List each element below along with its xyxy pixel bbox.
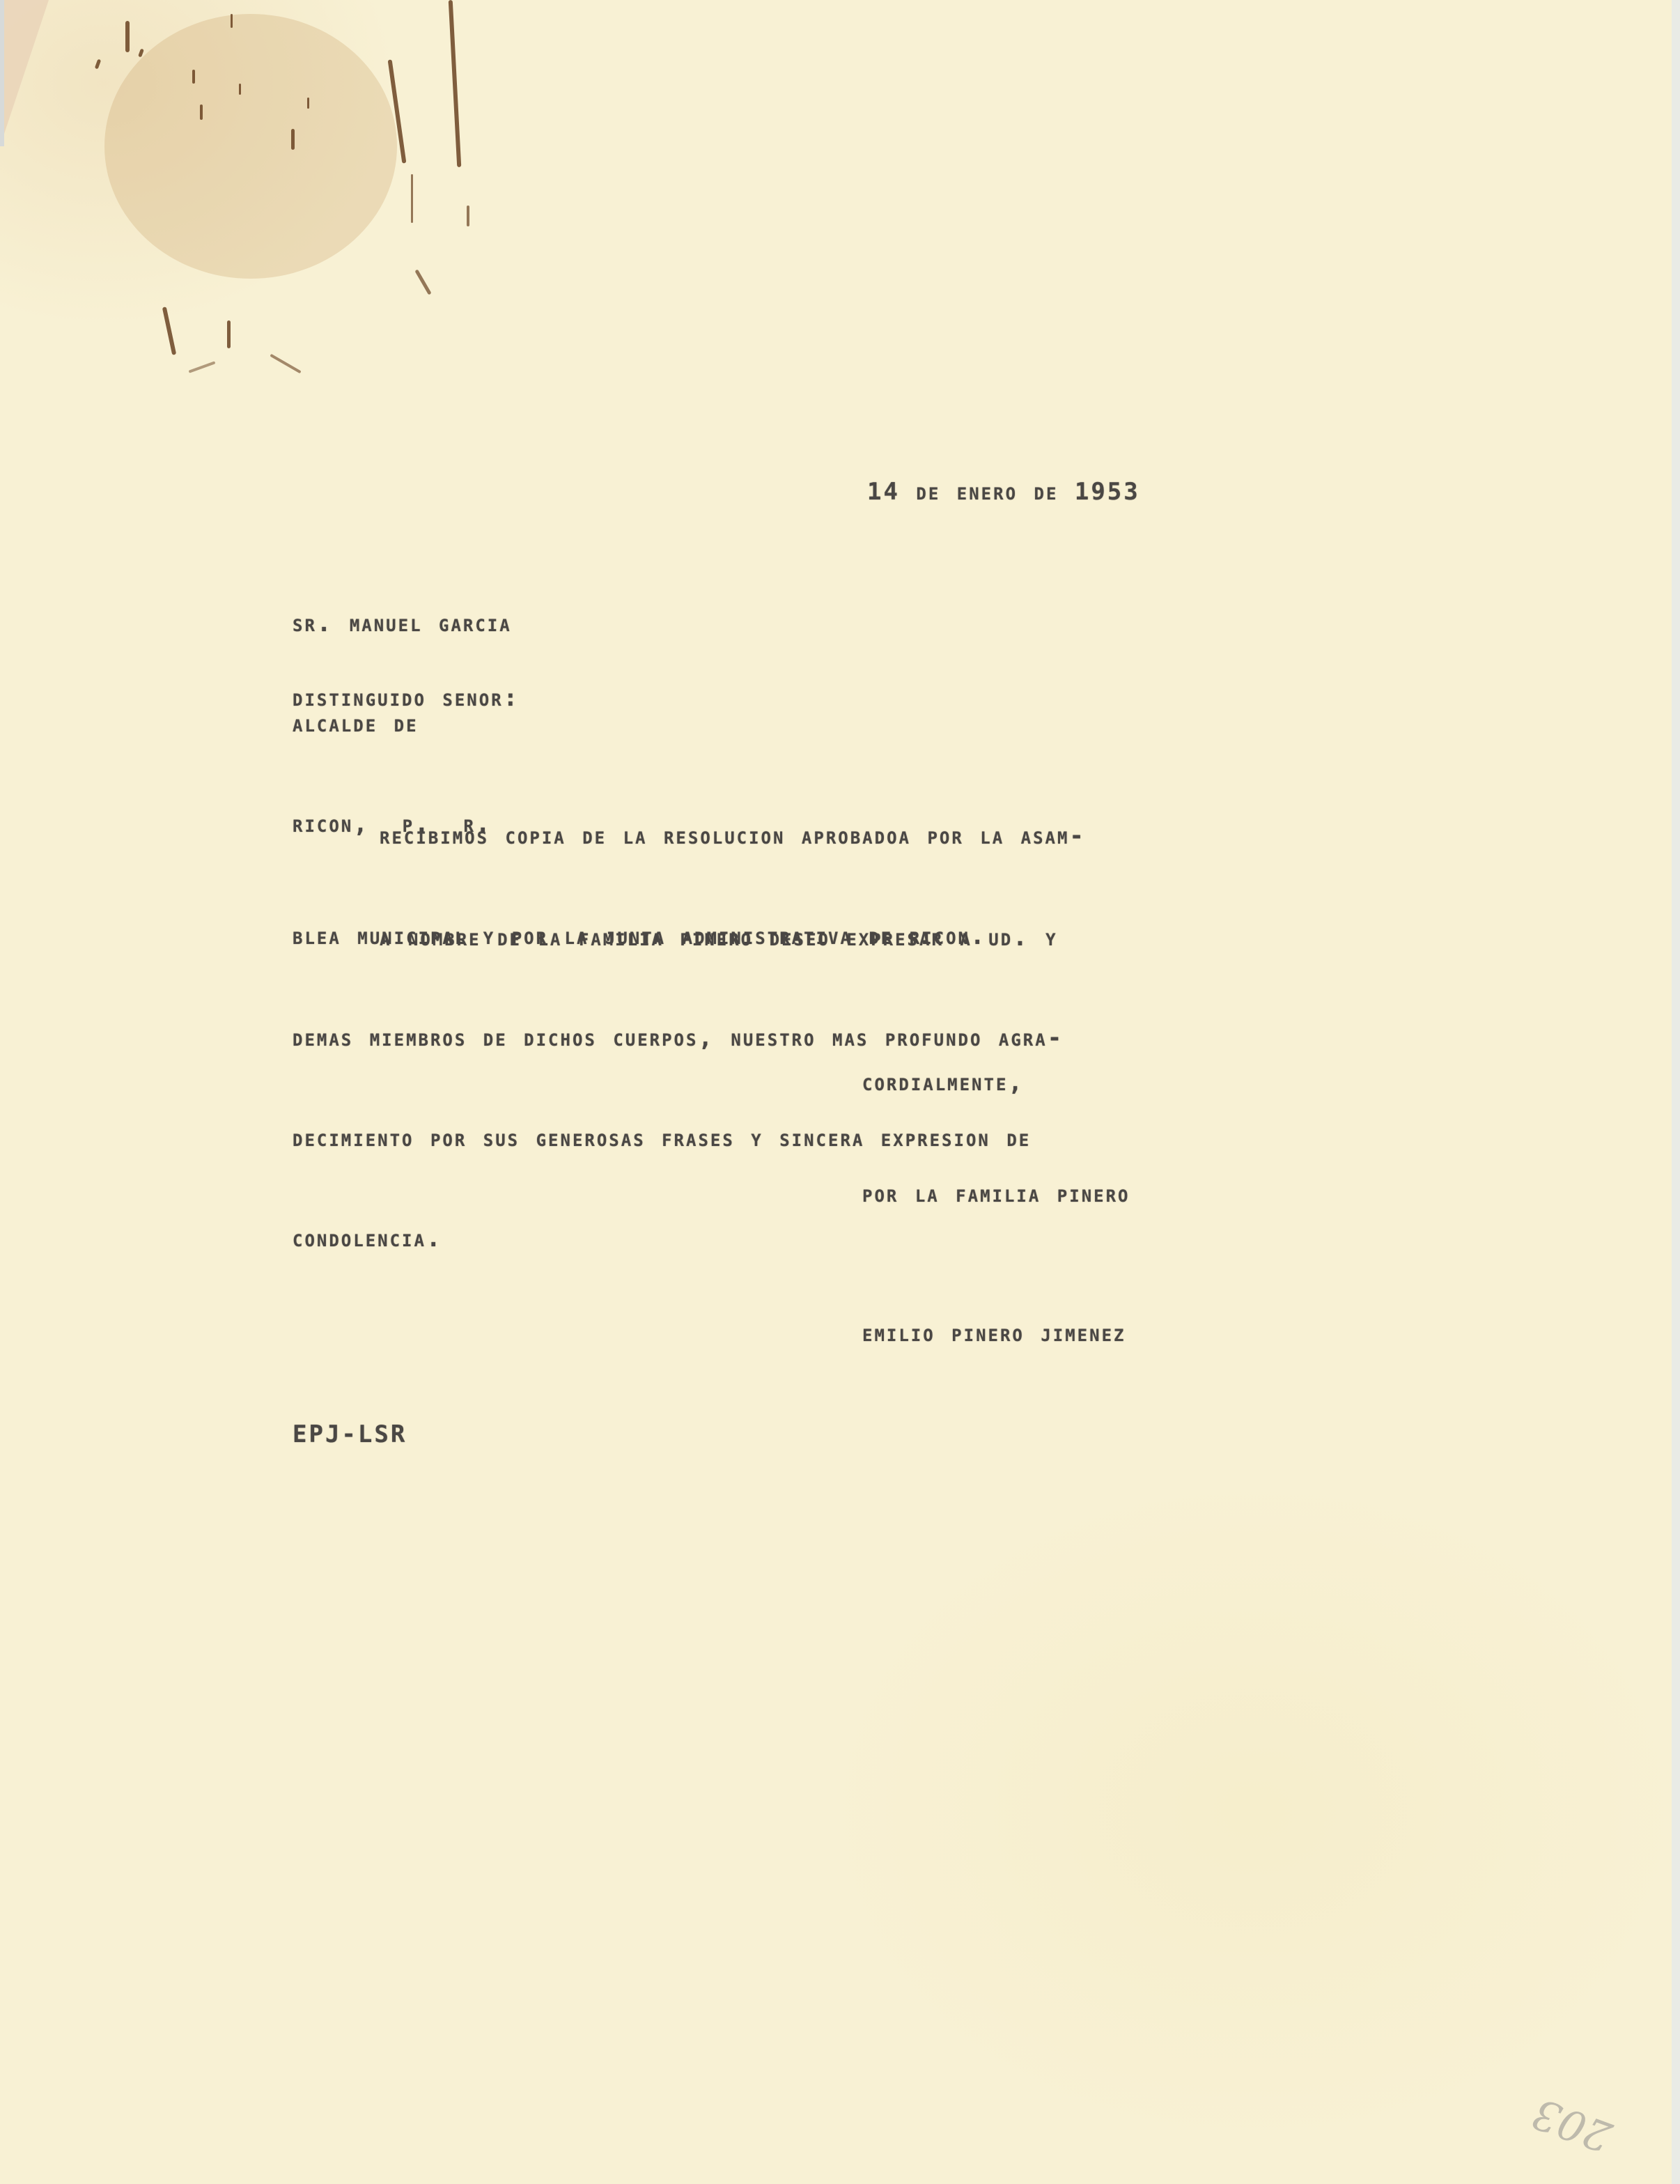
- paragraph-line: demas miembros de dichos cuerpos, nuestr…: [293, 1021, 1064, 1055]
- reference-initials: EPJ-LSR: [293, 1418, 407, 1451]
- ink-mark: [239, 84, 241, 95]
- rust-stain: [104, 14, 397, 279]
- paragraph-line: condolencia.: [293, 1222, 1064, 1255]
- letter-page: 14 de Enero de 1953 Sr. Manuel Garcia Al…: [0, 0, 1672, 2184]
- ink-mark: [192, 70, 195, 84]
- pencil-page-number: 203: [1526, 2089, 1618, 2162]
- on-behalf-of: Por La Familia Pinero: [862, 1177, 1130, 1211]
- letter-date: 14 de Enero de 1953: [867, 475, 1140, 509]
- ink-mark: [467, 206, 469, 226]
- scan-border: [1672, 0, 1680, 2184]
- ink-mark: [307, 98, 309, 109]
- signer-name: Emilio Pinero Jimenez: [862, 1317, 1126, 1350]
- paragraph-line: decimiento por sus generosas frases y si…: [293, 1122, 1064, 1155]
- ink-mark: [125, 21, 130, 52]
- paragraph-line: A nombre de la Familia Pinero deseo expr…: [293, 921, 1064, 954]
- ink-mark: [411, 174, 413, 223]
- ink-mark: [231, 14, 233, 28]
- salutation: Distinguido senor:: [293, 681, 520, 715]
- ink-mark: [270, 354, 301, 373]
- paragraph-line: Recibimos copia de la Resolucion aprobad…: [293, 819, 1086, 853]
- ink-mark: [227, 320, 231, 348]
- folded-corner: [0, 0, 49, 146]
- ink-mark: [189, 361, 216, 373]
- corner-shadow: [0, 0, 4, 146]
- ink-mark: [291, 129, 295, 150]
- closing: Cordialmente,: [862, 1066, 1025, 1099]
- ink-mark: [414, 269, 431, 295]
- ink-mark: [95, 59, 101, 70]
- ink-mark: [200, 104, 203, 120]
- recipient-name: Sr. Manuel Garcia: [293, 607, 512, 640]
- ink-mark: [162, 307, 176, 355]
- ink-mark: [449, 0, 462, 167]
